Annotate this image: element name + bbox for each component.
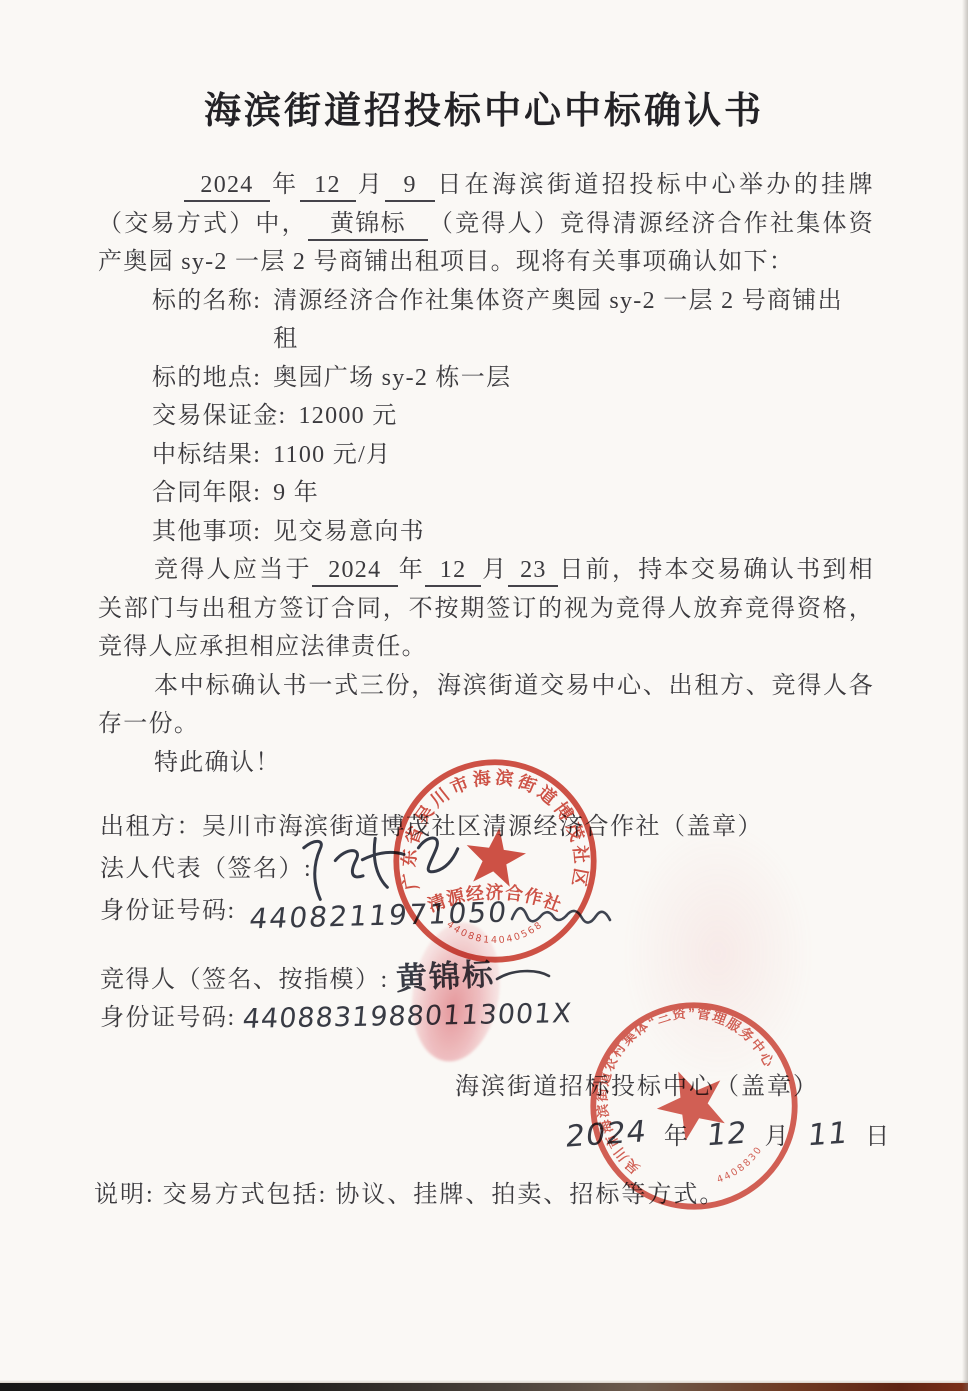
field-label: 其他事项: xyxy=(152,513,261,552)
bidder-signature-swash xyxy=(495,967,551,983)
document-title: 海滨街道招投标中心中标确认书 xyxy=(0,80,968,134)
legal-rep-label: 法人代表（签名）: xyxy=(100,850,312,888)
field-value: 1100 元/月 xyxy=(273,436,391,475)
lessor-id-label: 身份证号码: xyxy=(100,892,236,930)
coop-seal-name-text: 清源经济合作社 xyxy=(425,881,566,915)
blank-deadline-year: 2024 xyxy=(312,555,398,587)
deadline-paragraph: 竞得人应当于2024年12月23日前，持本交易确认书到相关部门与出租方签订合同，… xyxy=(98,551,874,667)
coop-seal-stamp: 广东省吴川市海滨街道博茂社区 清源经济合作社 4408814040568 xyxy=(390,756,600,966)
field-value: 清源经济合作社集体资产奥园 sy-2 一层 2 号商铺出租 xyxy=(273,282,851,359)
blank-auction-year: 2024 xyxy=(184,170,270,202)
confirmation-fields: 标的名称: 清源经济合作社集体资产奥园 sy-2 一层 2 号商铺出租 标的地点… xyxy=(152,282,874,552)
intro-after-day: 日在海滨街道招投标中心举办的挂牌 xyxy=(435,172,874,198)
unit-month: 月 xyxy=(481,557,508,583)
field-contract-term: 合同年限: 9 年 xyxy=(152,474,874,513)
field-label: 合同年限: xyxy=(152,474,261,513)
scan-bottom-border xyxy=(0,1383,968,1391)
intro-line2-post: （竞得人）竞得清源经济合作社集体 xyxy=(428,211,849,237)
bidder-label: 竞得人（签名、按指模）: xyxy=(100,967,389,993)
copies-paragraph: 本中标确认书一式三份，海滨街道交易中心、出租方、竞得人各存一份。 xyxy=(98,667,874,744)
scanned-document-page: 海滨街道招投标中心中标确认书 2024年12月9日在海滨街道招投标中心举办的挂牌… xyxy=(0,0,968,1391)
bidder-id-label: 身份证号码: xyxy=(100,1005,236,1031)
field-subject-location: 标的地点: 奥园广场 sy-2 栋一层 xyxy=(152,359,874,398)
blank-bidder-name: 黄锦标 xyxy=(308,209,428,241)
unit-year: 年 xyxy=(270,172,300,198)
field-label: 标的名称: xyxy=(152,282,261,321)
star-icon xyxy=(647,1057,737,1146)
blank-auction-day: 9 xyxy=(385,170,435,202)
document-body: 2024年12月9日在海滨街道招投标中心举办的挂牌（交易方式）中，黄锦标（竞得人… xyxy=(98,166,874,782)
bidder-id-line: 身份证号码: 44088319880113001X xyxy=(100,998,572,1037)
scan-right-border xyxy=(962,0,968,1391)
unit-month: 月 xyxy=(356,172,386,198)
blank-deadline-month: 12 xyxy=(425,555,481,587)
blank-auction-month: 12 xyxy=(300,170,356,202)
field-deposit: 交易保证金: 12000 元 xyxy=(152,397,874,436)
unit-year: 年 xyxy=(398,557,425,583)
coop-seal-code: 4408814040568 xyxy=(444,919,545,946)
field-value: 奥园广场 sy-2 栋一层 xyxy=(273,359,511,398)
field-value: 9 年 xyxy=(273,474,319,513)
blank-deadline-day: 23 xyxy=(508,555,558,587)
field-label: 交易保证金: xyxy=(152,397,286,436)
bidder-id-value: 44088319880113001X xyxy=(241,995,573,1039)
field-other-matters: 其他事项: 见交易意向书 xyxy=(152,513,874,552)
field-label: 标的地点: xyxy=(152,359,261,398)
field-winning-result: 中标结果: 1100 元/月 xyxy=(152,436,874,475)
deadline-pre: 竞得人应当于 xyxy=(154,557,312,583)
field-subject-name: 标的名称: 清源经济合作社集体资产奥园 sy-2 一层 2 号商铺出租 xyxy=(152,282,874,359)
intro-paragraph: 2024年12月9日在海滨街道招投标中心举办的挂牌（交易方式）中，黄锦标（竞得人… xyxy=(98,166,874,282)
field-value: 12000 元 xyxy=(298,397,397,436)
star-icon xyxy=(462,824,529,889)
field-label: 中标结果: xyxy=(152,436,261,475)
intro-line2-pre: （交易方式）中， xyxy=(98,211,308,237)
field-value: 见交易意向书 xyxy=(273,513,425,552)
unit-day: 日 xyxy=(865,1118,891,1156)
svg-text:清源经济合作社: 清源经济合作社 xyxy=(425,881,566,915)
svg-text:4408814040568: 4408814040568 xyxy=(444,919,545,946)
